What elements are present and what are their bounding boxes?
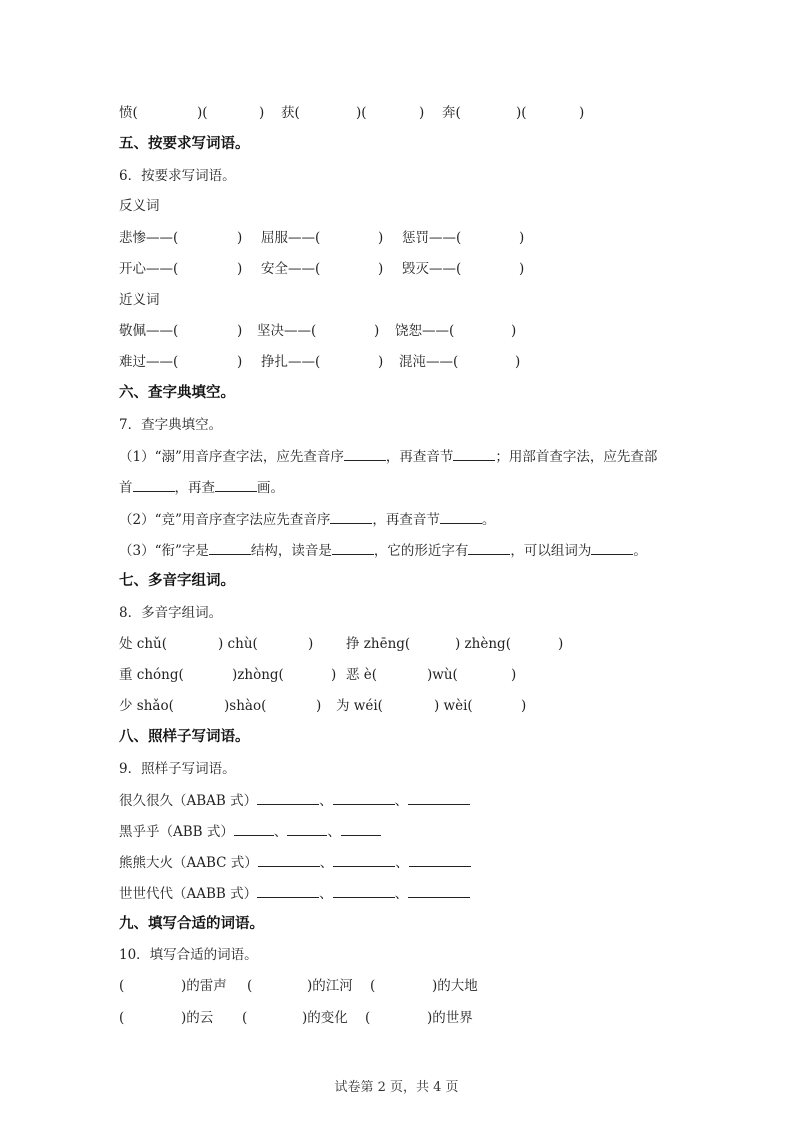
polyphone-prompt: )wù( [427, 666, 458, 684]
polyphone-prompt: 为 wéi( [336, 697, 383, 715]
blank-field[interactable] [257, 791, 319, 805]
blank-field[interactable]: ) [331, 666, 336, 684]
synonym-prompt: 敬佩——( [119, 322, 178, 340]
blank-field[interactable] [440, 510, 482, 524]
polyphone-prompt: 少 shǎo( [119, 697, 174, 715]
text: 首 [119, 480, 133, 496]
blank-field[interactable]: ) [419, 104, 424, 122]
pattern-label: 世世代代（AABB 式） [119, 886, 257, 902]
blank-field[interactable] [408, 884, 470, 898]
blank-field[interactable] [344, 447, 386, 461]
separator: 、 [395, 855, 409, 871]
question-10: 10．填写合适的词语。 [119, 946, 258, 964]
text: 。 [482, 512, 496, 528]
blank-field[interactable]: ) [237, 353, 242, 371]
antonym-prompt: 毁灭——( [402, 260, 461, 278]
pattern-label: 很久很久（ABAB 式） [119, 793, 257, 809]
text: 结构，读音是 [251, 543, 332, 559]
text: 画。 [257, 480, 284, 496]
separator: 、 [395, 793, 409, 809]
text: （3）“衔”字是 [119, 543, 209, 559]
polyphone-prompt: 重 chóng( [119, 666, 184, 684]
antonym-prompt: 屈服——( [261, 229, 320, 247]
paren: ( [119, 977, 124, 995]
polyphone-prompt: ) zhèng( [455, 635, 511, 653]
synonym-prompt: 混沌——( [399, 353, 458, 371]
paren: ( [247, 977, 252, 995]
antonym-prompt: 惩罚——( [402, 229, 461, 247]
text: ，再查音节 [386, 449, 454, 465]
polyphone-prompt: 恶 è( [346, 666, 377, 684]
text: （2）“竞”用音序查字法应先查音序 [119, 512, 330, 528]
polyphone-prompt: 处 chǔ( [119, 635, 167, 653]
synonym-prompt: 难过——( [119, 353, 178, 371]
synonym-prompt: 坚决——( [257, 322, 316, 340]
question-6: 6．按要求写词语。 [119, 167, 236, 185]
antonym-label: 反义词 [119, 197, 160, 215]
blank-field[interactable] [133, 478, 175, 492]
paren: ( [456, 105, 461, 121]
q7-sub2: （2）“竞”用音序查字法应先查音序，再查音节。 [119, 510, 495, 529]
blank-field[interactable]: ) [237, 322, 242, 340]
blank-field[interactable]: ) [259, 104, 264, 122]
blank-field[interactable] [408, 791, 470, 805]
blank-field[interactable]: )( [197, 104, 208, 122]
blank-field[interactable] [333, 853, 395, 867]
fill-prompt: )的大地 [432, 977, 478, 995]
blank-field[interactable]: )( [516, 104, 527, 122]
polyphone-prompt: ) wèi( [434, 697, 473, 715]
blank-field[interactable]: )( [356, 104, 367, 122]
blank-field[interactable] [234, 822, 274, 836]
char: 愤 [119, 105, 133, 121]
paren: ( [133, 105, 138, 121]
blank-field[interactable]: ) [519, 260, 524, 278]
item-ben: 奔( [442, 104, 461, 122]
blank-field[interactable] [287, 822, 327, 836]
text: ，再查音节 [372, 512, 440, 528]
text: ，它的形近字有 [374, 543, 469, 559]
antonym-prompt: 悲惨——( [119, 229, 178, 247]
polyphone-prompt: ) chù( [218, 635, 258, 653]
blank-field[interactable]: ) [378, 353, 383, 371]
fill-prompt: )的雷声 [181, 977, 227, 995]
blank-field[interactable]: ) [511, 666, 516, 684]
blank-field[interactable] [453, 447, 495, 461]
blank-field[interactable]: ) [378, 229, 383, 247]
blank-field[interactable]: ) [521, 697, 526, 715]
blank-field[interactable]: ) [511, 322, 516, 340]
blank-field[interactable] [341, 822, 381, 836]
fill-prompt: )的江河 [307, 977, 353, 995]
antonym-prompt: 安全——( [261, 260, 320, 278]
blank-field[interactable]: ) [316, 697, 321, 715]
blank-field[interactable] [333, 791, 395, 805]
blank-field[interactable] [333, 884, 395, 898]
pattern-label: 熊熊大火（AABC 式） [119, 855, 258, 871]
char: 奔 [442, 105, 456, 121]
synonym-prompt: 挣扎——( [261, 353, 320, 371]
blank-field[interactable] [332, 541, 374, 555]
blank-field[interactable]: ) [237, 229, 242, 247]
q7-sub1-line1: （1）“溺”用音序查字法，应先查音序，再查音节；用部首查字法，应先查部 [119, 447, 657, 466]
blank-field[interactable]: ) [308, 635, 313, 653]
separator: 、 [319, 793, 333, 809]
q7-sub3: （3）“衔”字是结构，读音是，它的形近字有，可以组词为。 [119, 541, 647, 560]
blank-field[interactable]: ) [378, 260, 383, 278]
section-heading-9: 九、填写合适的词语。 [119, 915, 264, 933]
blank-field[interactable] [215, 478, 257, 492]
text: （1）“溺”用音序查字法，应先查音序 [119, 449, 344, 465]
blank-field[interactable]: ) [515, 353, 520, 371]
pattern-label: 黑乎乎（ABB 式） [119, 824, 234, 840]
synonym-prompt: 饶恕——( [395, 322, 454, 340]
pattern-row-aabc: 熊熊大火（AABC 式）、、 [119, 853, 471, 872]
page-footer: 试卷第 2 页，共 4 页 [0, 1076, 793, 1095]
blank-field[interactable] [591, 541, 633, 555]
item-fen: 愤( [119, 104, 138, 122]
antonym-prompt: 开心——( [119, 260, 178, 278]
paren: ( [295, 105, 300, 121]
separator: 、 [395, 886, 409, 902]
section-heading-8: 八、照样子写词语。 [119, 728, 250, 746]
text: ，可以组词为 [510, 543, 591, 559]
blank-field[interactable]: ) [374, 322, 379, 340]
separator: 、 [327, 824, 341, 840]
blank-field[interactable] [468, 541, 510, 555]
q7-sub1-line2: 首，再查画。 [119, 478, 284, 497]
question-8: 8．多音字组词。 [119, 604, 222, 622]
section-heading-6: 六、查字典填空。 [119, 384, 235, 402]
paren: ( [242, 1009, 247, 1027]
fill-prompt: )的云 [181, 1009, 213, 1027]
polyphone-prompt: )shào( [224, 697, 266, 715]
question-9: 9．照样子写词语。 [119, 760, 236, 778]
blank-field[interactable]: ) [558, 635, 563, 653]
blank-field[interactable]: ) [519, 229, 524, 247]
synonym-label: 近义词 [119, 291, 160, 309]
blank-field[interactable] [330, 510, 372, 524]
blank-field[interactable]: ) [579, 104, 584, 122]
polyphone-prompt: 挣 zhēng( [346, 635, 410, 653]
paren: ( [365, 1009, 370, 1027]
pattern-row-abab: 很久很久（ABAB 式）、、 [119, 791, 470, 810]
section-heading-5: 五、按要求写词语。 [119, 135, 250, 153]
blank-field[interactable] [258, 853, 320, 867]
pattern-row-aabb: 世世代代（AABB 式）、、 [119, 884, 470, 903]
fill-prompt: )的变化 [302, 1009, 348, 1027]
blank-field[interactable] [409, 853, 471, 867]
text: ；用部首查字法，应先查部 [495, 449, 657, 465]
separator: 、 [274, 824, 288, 840]
blank-field[interactable] [257, 884, 319, 898]
paren: ( [119, 1009, 124, 1027]
pattern-row-abb: 黑乎乎（ABB 式）、、 [119, 822, 381, 841]
section-heading-7: 七、多音字组词。 [119, 572, 235, 590]
separator: 、 [320, 855, 334, 871]
polyphone-prompt: )zhòng( [232, 666, 284, 684]
text: 。 [633, 543, 647, 559]
char: 获 [281, 105, 295, 121]
blank-field[interactable] [209, 541, 251, 555]
blank-field[interactable]: ) [237, 260, 242, 278]
separator: 、 [319, 886, 333, 902]
text: ，再查 [175, 480, 216, 496]
item-huo: 获( [281, 104, 300, 122]
question-7: 7．查字典填空。 [119, 416, 222, 434]
paren: ( [370, 977, 375, 995]
fill-prompt: )的世界 [427, 1009, 473, 1027]
